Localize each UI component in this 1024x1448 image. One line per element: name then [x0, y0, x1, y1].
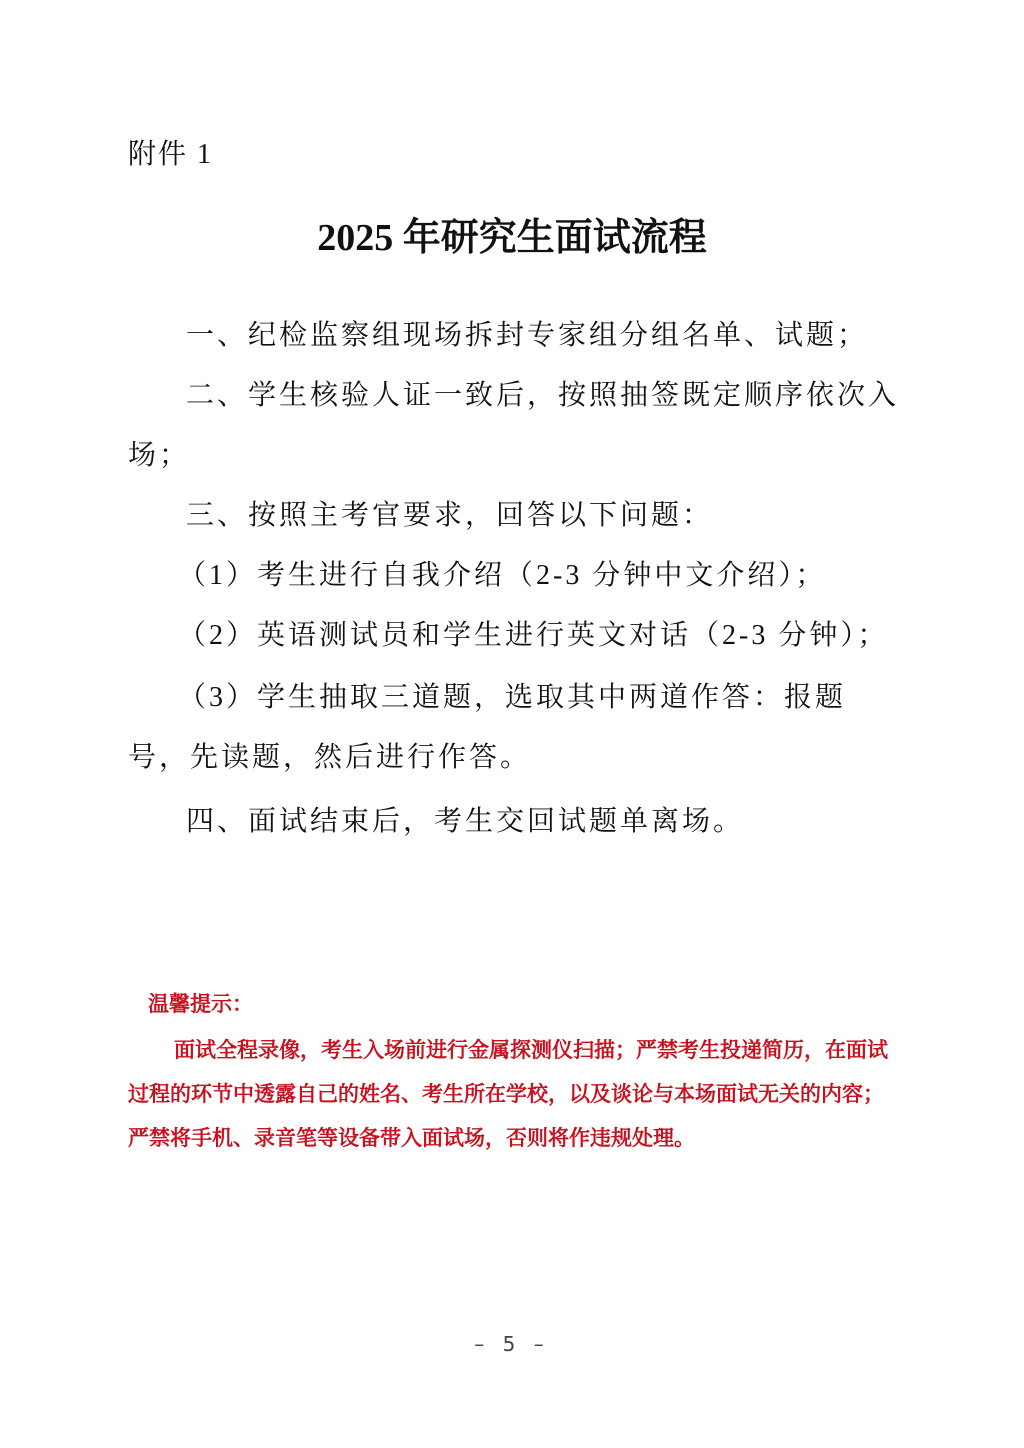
attachment-label: 附件 1: [128, 132, 213, 172]
step-3-item-2: （2）英语测试员和学生进行英文对话（2-3 分钟）；: [128, 606, 900, 666]
step-2: 二、学生核验人证一致后，按照抽签既定顺序依次入场；: [128, 366, 900, 486]
step-3-item-3: （3）学生抽取三道题，选取其中两道作答：报题号，先读题，然后进行作答。: [128, 668, 900, 788]
page-title: 2025 年研究生面试流程: [0, 206, 1024, 261]
page-number: – 5 –: [0, 1332, 1024, 1356]
step-3: 三、按照主考官要求，回答以下问题：: [128, 486, 900, 546]
step-4: 四、面试结束后，考生交回试题单离场。: [128, 792, 900, 852]
step-1: 一、纪检监察组现场拆封专家组分组名单、试题；: [128, 306, 900, 366]
tips-body: 面试全程录像，考生入场前进行金属探测仪扫描；严禁考生投递简历，在面试过程的环节中…: [128, 1028, 900, 1160]
tips-heading: 温馨提示：: [128, 982, 900, 1026]
step-3-item-1: （1）考生进行自我介绍（2-3 分钟中文介绍）；: [128, 546, 900, 606]
